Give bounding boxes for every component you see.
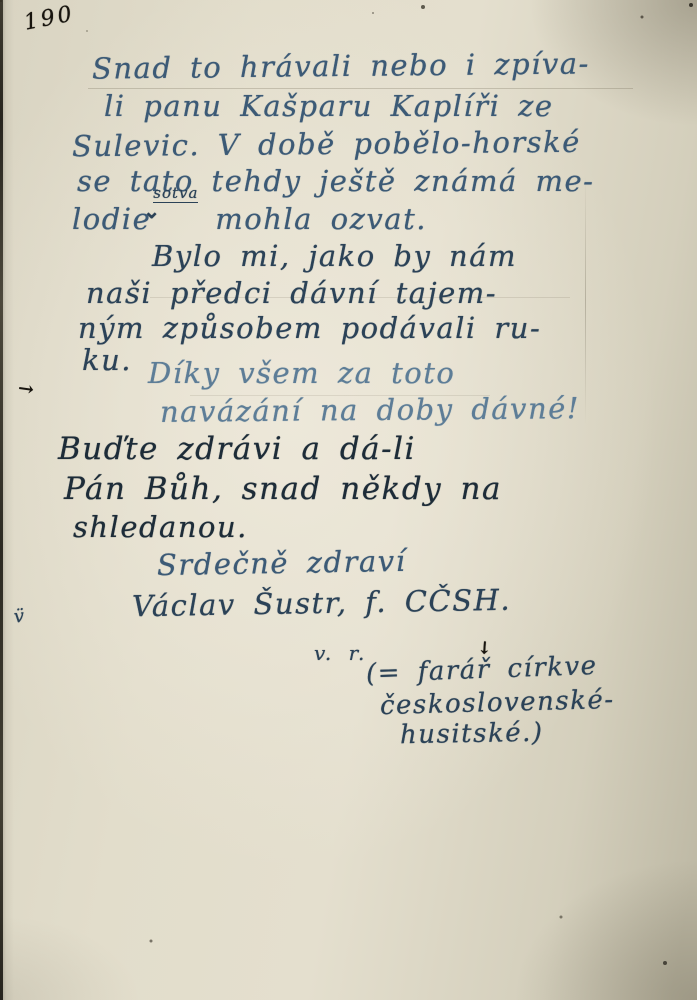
letter-line: Buďte zdrávi a dá-li [58, 434, 416, 465]
letter-line: Díky všem za toto [148, 359, 455, 388]
down-arrow-icon: ↓ [477, 640, 494, 658]
letter-line: naši předci dávní tajem- [86, 279, 497, 308]
letter-line: ným způsobem podávali ru- [78, 314, 541, 343]
line-text-after-insertion: mohla ozvat. [215, 202, 427, 236]
paper-specks [0, 0, 2, 2]
letter-line: Bylo mi, jako by nám [152, 242, 517, 271]
letter-line: Sulevic. V době pobělo-horské [72, 128, 581, 161]
scanned-letter-page: 190 Snad to hrávali nebo i zpíva- li pan… [0, 0, 697, 1000]
letter-line: Snad to hrávali nebo i zpíva- [92, 49, 590, 83]
letter-line-with-insertion: lodie⌄sotvamohla ozvat. [72, 203, 427, 234]
letter-line: navázání na doby dávné! [160, 394, 580, 427]
paper-crease-line [585, 175, 586, 425]
closing-salutation: Srdečně zdraví [157, 547, 407, 580]
inserted-word: sotva [153, 186, 198, 203]
signature-line: Václav Šustr, f. CČSH. [132, 586, 512, 622]
closing-note-line: ↓(= farář církve [366, 653, 598, 687]
page-number: 190 [22, 3, 76, 34]
margin-annotation-mark: v̈ [13, 607, 26, 626]
page-left-edge-shadow [0, 0, 3, 1000]
line-text-before-insertion: lodie [72, 202, 151, 236]
interline-insertion: ⌄sotva [151, 203, 215, 229]
letter-line: Pán Bůh, snad někdy na [64, 474, 502, 505]
insertion-caret-icon: ⌄ [143, 201, 161, 221]
letter-line: shledanou. [73, 513, 248, 542]
vr-abbreviation: v. r. [314, 643, 366, 663]
letter-line: li panu Kašparu Kaplíři ze [104, 92, 554, 121]
closing-note-line: husitské.) [400, 720, 544, 749]
closing-note-line: československé- [380, 687, 615, 719]
right-arrow-icon: → [17, 377, 36, 401]
letter-line: ku. [82, 346, 132, 375]
